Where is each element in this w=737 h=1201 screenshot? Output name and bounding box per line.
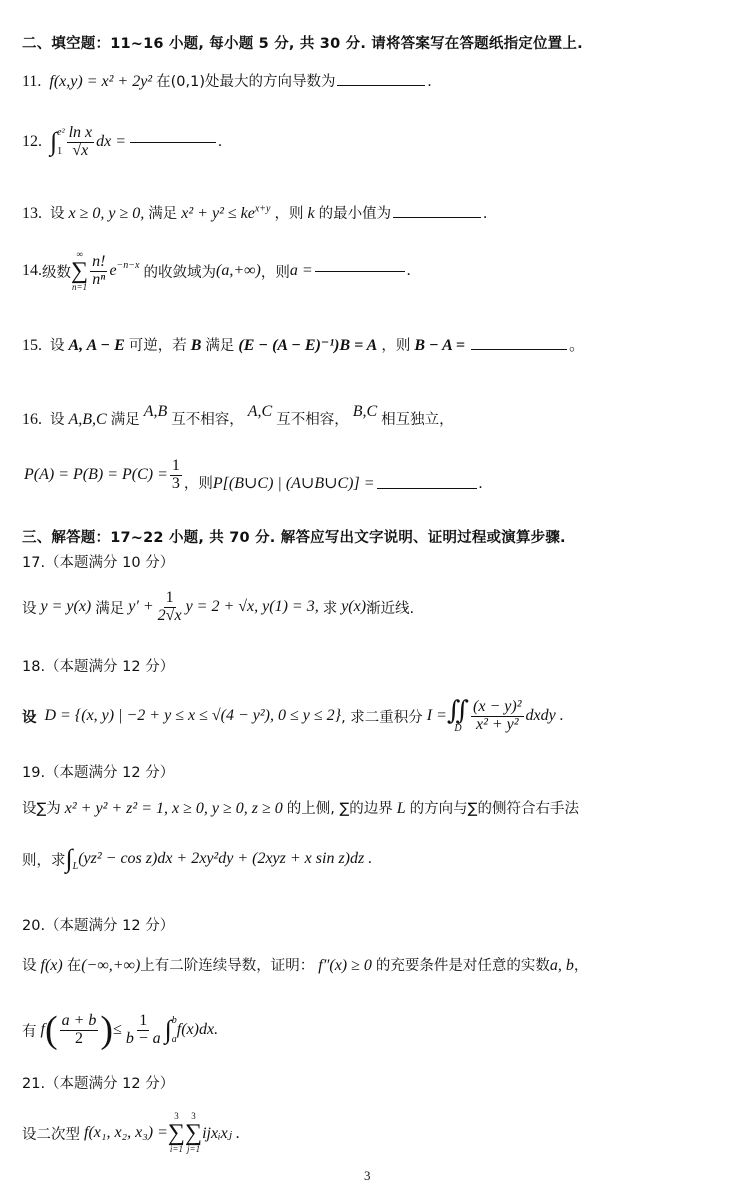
question-number: 13. — [22, 205, 42, 222]
region-definition: D = {(x, y) | −2 + y ≤ x ≤ √(4 − y²), 0 … — [45, 707, 342, 725]
numerator: ln x — [67, 125, 95, 143]
quadratic-form: f(x₁, x₂, x₃) = — [84, 1124, 168, 1142]
question-text: 互不相容， — [276, 412, 349, 428]
question-21-header: 21.（本题满分 12 分） — [22, 1072, 174, 1093]
sets-ab: A,B — [144, 403, 168, 420]
ode-rhs: y = 2 + √x, y(1) = 3, — [186, 598, 319, 616]
question-number: 15. — [22, 337, 42, 354]
denominator: b − a — [124, 1031, 163, 1048]
question-17: 设 y = y(x) 满足 y′ + 1 2√x y = 2 + √x, y(1… — [22, 590, 414, 625]
math-expression: f(x,y) = x² + 2y² — [49, 73, 152, 90]
region-subscript: D — [454, 724, 461, 734]
line-integral-icon: ∫ — [66, 846, 73, 872]
fraction: (x − y)² x² + y² — [471, 699, 523, 734]
integrand: f(x)dx. — [177, 1021, 218, 1039]
interval: (a,+∞) — [216, 262, 261, 280]
question-text: 设 — [50, 206, 65, 222]
condition: f″(x) ≥ 0 — [318, 957, 372, 974]
question-text: 设 — [22, 597, 37, 618]
inequality: x² + y² ≤ ke — [181, 205, 255, 222]
denominator: nⁿ — [90, 272, 107, 289]
denominator: 3 — [170, 476, 182, 493]
question-17-header: 17.（本题满分 10 分） — [22, 551, 174, 572]
question-text: 可逆，若 — [129, 338, 187, 354]
question-text: 设 — [50, 412, 65, 428]
numerator: (x − y)² — [471, 699, 523, 717]
question-text: 求 — [323, 597, 338, 618]
question-text: 满足 — [111, 412, 140, 428]
question-20-line-2: 有 f ( a + b 2 ) ≤ 1 b − a ∫ b a f(x)dx. — [22, 1008, 218, 1052]
question-number: 16. — [22, 411, 42, 428]
question-13: 13. 设 x ≥ 0, y ≥ 0, 满足 x² + y² ≤ kex+y ，… — [22, 202, 487, 223]
question-text: ， — [574, 958, 589, 974]
question-text: 的最小值为 — [319, 206, 392, 222]
numerator: a + b — [60, 1013, 99, 1031]
question-text: 满足 — [95, 597, 124, 618]
question-text: 设 — [22, 706, 37, 727]
interval: (−∞,+∞) — [81, 957, 140, 974]
numerator: 1 — [170, 458, 182, 476]
question-text: , 求二重积分 — [341, 706, 423, 727]
question-text: 设∑为 — [22, 801, 61, 817]
question-12: 12. ∫ e² 1 ln x √x dx = . — [22, 123, 222, 161]
question-text: ，则 — [261, 261, 290, 282]
sigma-icon: ∑ — [168, 1121, 185, 1145]
question-text: 满足 — [148, 206, 177, 222]
denominator: 2 — [73, 1031, 85, 1048]
question-14: 14. 级数 ∞ ∑ n=1 n! nⁿ e−n−x 的收敛域为 (a,+∞) … — [22, 250, 411, 292]
question-16-line-1: 16. 设 A,B,C 满足 A,B 互不相容， A,C 互不相容， B,C 相… — [22, 408, 454, 429]
question-text: 在(0,1)处最大的方向导数为 — [156, 74, 335, 90]
exponent: x+y — [255, 204, 271, 215]
question-19-line-1: 设∑为 x² + y² + z² = 1, x ≥ 0, y ≥ 0, z ≥ … — [22, 797, 579, 818]
fraction: a + b 2 — [60, 1013, 99, 1048]
fraction: n! nⁿ — [90, 254, 107, 289]
denominator: √x — [70, 143, 90, 160]
exp-base: e — [109, 262, 116, 280]
numerator: n! — [90, 254, 107, 272]
double-integral: ∬ D — [447, 698, 469, 734]
function: y(x) — [341, 598, 366, 616]
integral-sign-icon: ∫ — [165, 1017, 172, 1043]
question-19-header: 19.（本题满分 12 分） — [22, 761, 174, 782]
integral-label: I = — [427, 707, 447, 725]
question-text: 设 — [22, 958, 37, 974]
section-heading-solutions: 三、解答题：17~22 小题, 共 70 分. 解答应写出文字说明、证明过程或演… — [22, 526, 566, 547]
question-number: 14. — [22, 262, 42, 280]
denominator: x² + y² — [474, 717, 521, 734]
fraction: 1 b − a — [124, 1013, 163, 1048]
page-number: 3 — [364, 1168, 371, 1184]
question-text: 渐近线. — [366, 597, 414, 618]
integral-sign-icon: ∫ — [50, 129, 57, 155]
sum-lower: i=1 — [170, 1145, 183, 1154]
sigma-icon: ∑ — [71, 259, 88, 283]
question-11: 11. f(x,y) = x² + 2y² 在(0,1)处最大的方向导数为. — [22, 70, 431, 91]
question-text: 的收敛域为 — [143, 261, 216, 282]
numerator: 1 — [164, 590, 176, 608]
matrices: A, A − E — [69, 337, 125, 354]
question-number: 12. — [22, 133, 42, 151]
conditional-probability: P[(B∪C) | (A∪B∪C)] = — [213, 473, 375, 493]
answer-blank[interactable] — [130, 141, 216, 143]
summation: ∞ ∑ n=1 — [71, 250, 88, 292]
question-text: 的上侧, ∑的边界 — [287, 801, 393, 817]
answer-blank[interactable] — [393, 216, 481, 218]
integrand: (yz² − cos z)dx + 2xy²dy + (2xyz + x sin… — [78, 850, 372, 868]
question-text: 设 — [50, 338, 65, 354]
answer-expression: B − A = — [414, 337, 465, 354]
variables: a, b — [550, 957, 574, 974]
surface-equation: x² + y² + z² = 1, x ≥ 0, y ≥ 0, z ≥ 0 — [65, 800, 283, 817]
question-number: 11. — [22, 73, 41, 90]
ode-lhs: y′ + — [128, 598, 153, 616]
denominator: 2√x — [156, 608, 184, 625]
question-text: ，则 — [274, 206, 303, 222]
question-text: 互不相容， — [171, 412, 244, 428]
sets: A,B,C — [69, 411, 107, 428]
fraction: ln x √x — [67, 125, 95, 160]
question-text: 满足 — [205, 338, 234, 354]
lower-limit: 1 — [57, 142, 64, 161]
question-text: ，则 — [381, 338, 410, 354]
question-text: 则，求 — [22, 849, 66, 870]
question-text: 的方向与∑的侧符合右手法 — [410, 801, 579, 817]
question-text: 有 — [22, 1020, 37, 1041]
summation-i: 3 ∑ i=1 — [168, 1112, 185, 1154]
question-text: ，则 — [184, 472, 213, 493]
differential: dx = — [96, 133, 126, 151]
question-15: 15. 设 A, A − E 可逆，若 B 满足 (E − (A − E)⁻¹)… — [22, 332, 585, 355]
numerator: 1 — [137, 1013, 149, 1031]
fraction: 1 3 — [170, 458, 182, 493]
question-20-header: 20.（本题满分 12 分） — [22, 914, 174, 935]
boundary-L: L — [397, 800, 406, 817]
sets-ac: A,C — [248, 403, 272, 420]
function-def: y = y(x) — [41, 598, 92, 616]
question-18: 设 D = {(x, y) | −2 + y ≤ x ≤ √(4 − y²), … — [22, 698, 564, 734]
variable-k: k — [307, 205, 314, 222]
left-paren: ( — [45, 1008, 58, 1052]
question-text: 相互独立， — [381, 412, 454, 428]
leq-symbol: ≤ — [113, 1021, 122, 1039]
question-18-header: 18.（本题满分 12 分） — [22, 655, 174, 676]
function: f(x) — [41, 957, 63, 974]
answer-blank[interactable] — [315, 270, 405, 272]
question-16-line-2: P(A) = P(B) = P(C) = 1 3 ，则 P[(B∪C) | (A… — [24, 458, 483, 493]
sum-lower: j=1 — [187, 1145, 200, 1154]
question-text: 设二次型 — [22, 1123, 80, 1144]
question-text: 上有二阶连续导数，证明： — [140, 958, 314, 974]
answer-blank[interactable] — [377, 487, 477, 489]
matrix-b: B — [191, 337, 202, 354]
question-text: 级数 — [42, 261, 71, 282]
upper-limit: e² — [57, 123, 64, 142]
question-19-line-2: 则，求 ∫L (yz² − cos z)dx + 2xy²dy + (2xyz … — [22, 846, 372, 872]
summand: ijxᵢxⱼ . — [202, 1123, 240, 1143]
right-paren: ) — [100, 1008, 113, 1052]
variable-a: a = — [290, 262, 313, 280]
section-heading-fill-in: 二、填空题：11~16 小题, 每小题 5 分, 共 30 分. 请将答案写在答… — [22, 32, 583, 53]
fraction: 1 2√x — [156, 590, 184, 625]
matrix-equation: (E − (A − E)⁻¹)B = A — [238, 337, 377, 354]
answer-blank[interactable] — [471, 348, 567, 350]
question-21: 设二次型 f(x₁, x₂, x₃) = 3 ∑ i=1 3 ∑ j=1 ijx… — [22, 1112, 240, 1154]
sets-bc: B,C — [353, 403, 377, 420]
sum-lower: n=1 — [72, 283, 87, 292]
probability-equation: P(A) = P(B) = P(C) = — [24, 466, 168, 484]
question-text: 的充要条件是对任意的实数 — [376, 958, 550, 974]
sigma-icon: ∑ — [185, 1121, 202, 1145]
double-integral-icon: ∬ — [447, 698, 469, 724]
question-text: 在 — [67, 958, 82, 974]
condition: x ≥ 0, y ≥ 0, — [69, 205, 145, 222]
answer-blank[interactable] — [337, 84, 425, 86]
summation-j: 3 ∑ j=1 — [185, 1112, 202, 1154]
exponent: −n−x — [117, 260, 140, 271]
differential: dxdy . — [526, 707, 564, 725]
integral: ∫ e² 1 — [50, 123, 65, 161]
question-20-line-1: 设 f(x) 在(−∞,+∞)上有二阶连续导数，证明： f″(x) ≥ 0 的充… — [22, 954, 588, 975]
